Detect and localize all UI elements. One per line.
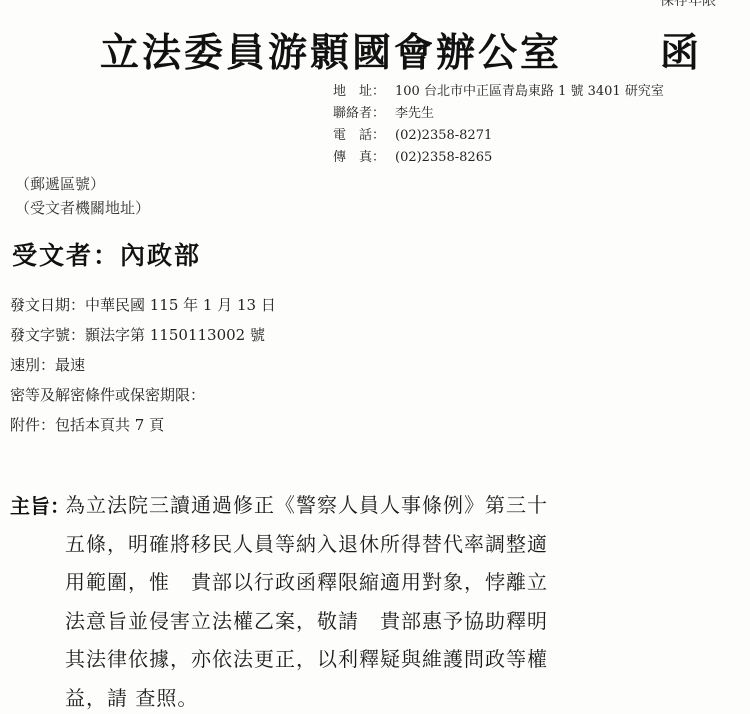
phone-label: 電 話： xyxy=(333,125,395,147)
address-label: 地 址： xyxy=(333,81,395,103)
address-value: 100 台北市中正區青島東路 1 號 3401 研究室 xyxy=(395,81,664,103)
document-meta: 發文日期：中華民國 115 年 1 月 13 日 發文字號：顥法字第 11501… xyxy=(10,290,276,440)
phone-value: (02)2358-8271 xyxy=(395,125,492,147)
issue-date: 發文日期：中華民國 115 年 1 月 13 日 xyxy=(10,290,276,320)
fax-value: (02)2358-8265 xyxy=(395,147,492,169)
document-number: 發文字號：顥法字第 1150113002 號 xyxy=(10,320,276,350)
contact-person-value: 李先生 xyxy=(395,103,434,125)
fax-label: 傳 真： xyxy=(333,147,395,169)
subject-line: 五條，明確將移民人員等納入退休所得替代率調整適 xyxy=(65,525,735,564)
subject-line: 其法律依據，亦依法更正，以利釋疑與維護問政等權 xyxy=(65,640,735,679)
recipient: 受文者：內政部 xyxy=(12,236,201,272)
recipient-name: 內政部 xyxy=(120,241,201,270)
subject-line: 益，請 查照。 xyxy=(65,679,735,714)
subject-body: 為立法院三讀通過修正《警察人員人事條例》第三十 五條，明確將移民人員等納入退休所… xyxy=(65,486,735,714)
recipient-address-placeholder: （受文者機關地址） xyxy=(15,196,150,220)
office-title: 立法委員游顥國會辦公室 xyxy=(100,22,562,78)
fax-row: 傳 真： (02)2358-8265 xyxy=(333,147,664,169)
subject-label: 主旨： xyxy=(10,490,70,519)
recipient-address-block: （郵遞區號） （受文者機關地址） xyxy=(15,172,150,220)
contact-person-label: 聯絡者： xyxy=(333,103,395,125)
subject-line: 法意旨並侵害立法權乙案，敬請 貴部惠予協助釋明 xyxy=(65,602,735,641)
retention-period-label-cut: 保存年限 xyxy=(660,0,716,10)
recipient-label: 受文者： xyxy=(12,241,120,270)
contact-person-row: 聯絡者： 李先生 xyxy=(333,103,664,125)
attachment: 附件：包括本頁共 7 頁 xyxy=(10,410,276,440)
phone-row: 電 話： (02)2358-8271 xyxy=(333,125,664,147)
subject-line: 用範圍，惟 貴部以行政函釋限縮適用對象，悖離立 xyxy=(65,563,735,602)
subject-line: 為立法院三讀通過修正《警察人員人事條例》第三十 xyxy=(65,486,735,525)
urgency: 速別：最速 xyxy=(10,350,276,380)
address-row: 地 址： 100 台北市中正區青島東路 1 號 3401 研究室 xyxy=(333,81,664,103)
contact-block: 地 址： 100 台北市中正區青島東路 1 號 3401 研究室 聯絡者： 李先… xyxy=(333,81,664,169)
document-kind: 函 xyxy=(660,22,699,78)
postal-code-placeholder: （郵遞區號） xyxy=(15,172,150,196)
classification: 密等及解密條件或保密期限： xyxy=(10,380,276,410)
